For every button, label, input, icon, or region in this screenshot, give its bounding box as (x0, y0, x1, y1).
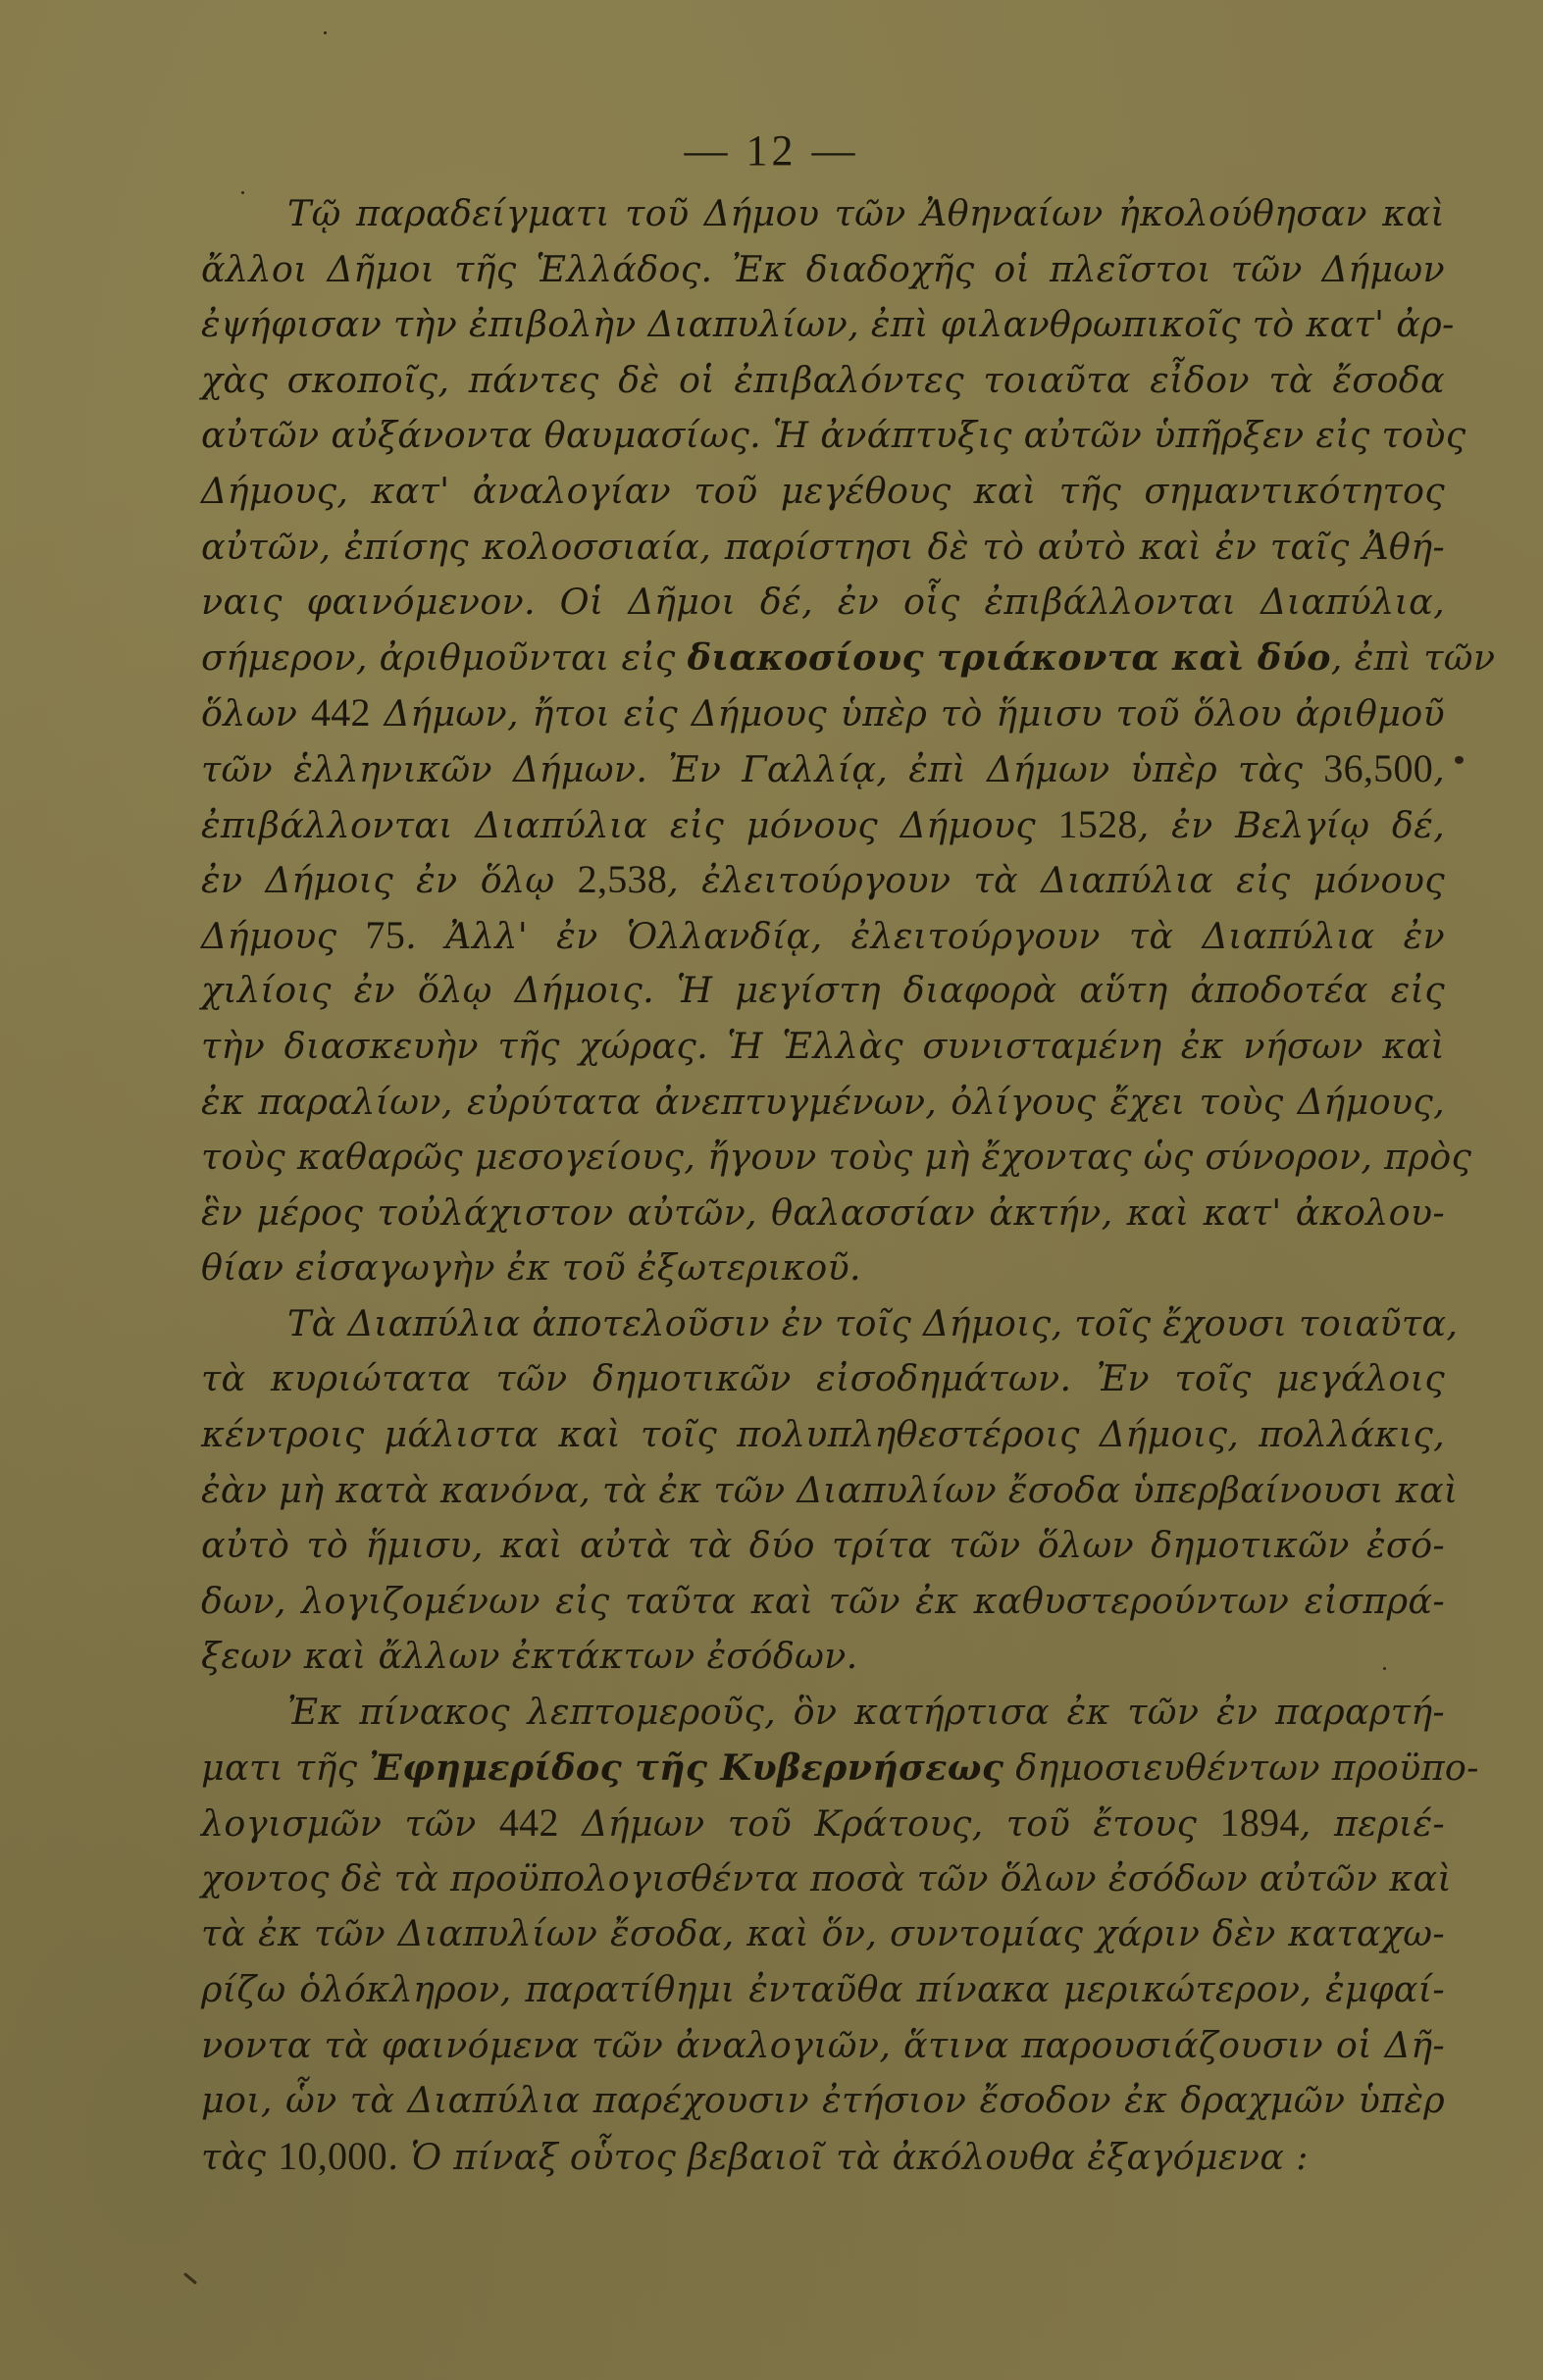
text-run: τὴν διασκευὴν τῆς χώρας. Ἡ Ἑλλὰς συνιστα… (201, 1025, 1445, 1067)
text-line: τὰ ἐκ τῶν Διαπυλίων ἔσοδα, καὶ ὅν, συντο… (201, 1906, 1445, 1962)
bold-phrase: διακοσίους τριάκοντα καὶ δύο (688, 636, 1331, 679)
text-run: ματι τῆς (201, 1747, 369, 1789)
text-line: Δήμους 75. Ἀλλ' ἐν Ὁλλανδίᾳ, ἐλειτούργου… (201, 908, 1445, 964)
text-line: χὰς σκοποῖς, πάντες δὲ οἱ ἐπιβαλόντες το… (201, 353, 1445, 409)
text-line: ματι τῆς Ἐφημερίδος τῆς Κυβερνήσεως δημο… (201, 1741, 1445, 1797)
text-run: σήμερον, ἀριθμοῦνται εἰς (201, 636, 688, 679)
text-line: σήμερον, ἀριθμοῦνται εἰς διακοσίους τριά… (201, 631, 1445, 686)
text-run: Δήμων τοῦ Κράτους, τοῦ ἔτους (559, 1802, 1220, 1845)
text-run: Τῷ παραδείγματι τοῦ Δήμου τῶν Ἀθηναίων ἠ… (287, 192, 1445, 234)
text-run: αὐτὸ τὸ ἥμισυ, καὶ αὐτὰ τὰ δύο τρίτα τῶν… (201, 1524, 1445, 1566)
text-run: Δήμους, κατ' ἀναλογίαν τοῦ μεγέθους καὶ … (201, 470, 1445, 512)
text-line: τὰ κυριώτατα τῶν δημοτικῶν εἰσοδημάτων. … (201, 1351, 1445, 1407)
text-line: Δήμους, κατ' ἀναλογίαν τοῦ μεγέθους καὶ … (201, 464, 1445, 520)
text-line: τὴν διασκευὴν τῆς χώρας. Ἡ Ἑλλὰς συνιστα… (201, 1019, 1445, 1075)
text-run: , ἐν Βελγίῳ δέ, (1138, 804, 1445, 846)
text-line: Τὰ Διαπύλια ἀποτελοῦσιν ἐν τοῖς Δήμοις, … (201, 1296, 1445, 1352)
text-run: μοι, ὧν τὰ Διαπύλια παρέχουσιν ἐτήσιον ἔ… (201, 2079, 1445, 2121)
text-run: ἐκ παραλίων, εὐρύτατα ἀνεπτυγμένων, ὀλίγ… (201, 1081, 1445, 1123)
text-line: θίαν εἰσαγωγὴν ἐκ τοῦ ἐξωτερικοῦ. (201, 1241, 1445, 1296)
numeral: 1894 (1220, 1800, 1300, 1845)
numeral: 442 (311, 690, 371, 734)
text-run: νοντα τὰ φαινόμενα τῶν ἀναλογιῶν, ἅτινα … (201, 2024, 1445, 2066)
text-line: ἐὰν μὴ κατὰ κανόνα, τὰ ἐκ τῶν Διαπυλίων … (201, 1463, 1445, 1519)
text-run: ναις φαινόμενον. Οἱ Δῆμοι δέ, ἐν οἷς ἐπι… (201, 581, 1445, 623)
text-run: χοντος δὲ τὰ προϋπολογισθέντα ποσὰ τῶν ὅ… (201, 1857, 1452, 1899)
text-run: τῶν ἑλληνικῶν Δήμων. Ἐν Γαλλίᾳ, ἐπὶ Δήμω… (201, 748, 1323, 790)
text-line: αὐτῶν, ἐπίσης κολοσσιαία, παρίστησι δὲ τ… (201, 520, 1445, 576)
body-text: Τῷ παραδείγματι τοῦ Δήμου τῶν Ἀθηναίων ἠ… (201, 186, 1445, 2184)
text-run: Δήμων, ἤτοι εἰς Δήμους ὑπὲρ τὸ ἥμισυ τοῦ… (371, 692, 1445, 734)
numeral: 75 (366, 913, 406, 957)
text-run: , (1433, 748, 1445, 790)
paper-speck (324, 31, 327, 34)
text-line: ναις φαινόμενον. Οἱ Δῆμοι δέ, ἐν οἷς ἐπι… (201, 575, 1445, 631)
text-run: ξεων καὶ ἄλλων ἐκτάκτων ἐσόδων. (201, 1635, 858, 1677)
text-run: . Ὁ πίναξ οὗτος βεβαιοῖ τὰ ἀκόλουθα ἐξαγ… (387, 2136, 1309, 2178)
text-run: ἐὰν μὴ κατὰ κανόνα, τὰ ἐκ τῶν Διαπυλίων … (201, 1469, 1459, 1511)
text-run: αὐτῶν, ἐπίσης κολοσσιαία, παρίστησι δὲ τ… (201, 526, 1445, 568)
text-run: ὅλων (201, 692, 311, 734)
text-run: τὰς (201, 2136, 278, 2178)
text-line: ρίζω ὁλόκληρον, παρατίθημι ἐνταῦθα πίνακ… (201, 1962, 1445, 2018)
text-run: ἄλλοι Δῆμοι τῆς Ἑλλάδος. Ἐκ διαδοχῆς οἱ … (201, 248, 1445, 290)
text-run: ρίζω ὁλόκληρον, παρατίθημι ἐνταῦθα πίνακ… (201, 1968, 1445, 2010)
text-run: τὰ ἐκ τῶν Διαπυλίων ἔσοδα, καὶ ὅν, συντο… (201, 1912, 1445, 1954)
text-run: λογισμῶν τῶν (201, 1802, 499, 1845)
numeral: 2,538 (578, 857, 668, 901)
text-line: ἐπιβάλλονται Διαπύλια εἰς μόνους Δήμους … (201, 797, 1445, 853)
text-line: δων, λογιζομένων εἰς ταῦτα καὶ τῶν ἐκ κα… (201, 1574, 1445, 1630)
text-run: , ἐπὶ τῶν (1331, 636, 1496, 679)
text-run: ἐπιβάλλονται Διαπύλια εἰς μόνους Δήμους (201, 804, 1058, 846)
text-line: τοὺς καθαρῶς μεσογείους, ἤγουν τοὺς μὴ ἔ… (201, 1130, 1445, 1186)
text-line: μοι, ὧν τὰ Διαπύλια παρέχουσιν ἐτήσιον ἔ… (201, 2073, 1445, 2129)
scanned-page: — 12 — Τῷ παραδείγματι τοῦ Δήμου τῶν Ἀθη… (0, 0, 1543, 2380)
ink-blot-mark (1455, 756, 1464, 764)
text-run: Τὰ Διαπύλια ἀποτελοῦσιν ἐν τοῖς Δήμοις, … (287, 1302, 1458, 1344)
text-line: ἓν μέρος τοὐλάχιστον αὐτῶν, θαλασσίαν ἀκ… (201, 1186, 1445, 1241)
text-line: ὅλων 442 Δήμων, ἤτοι εἰς Δήμους ὑπὲρ τὸ … (201, 685, 1445, 741)
text-line: Ἐκ πίνακος λεπτομεροῦς, ὃν κατήρτισα ἐκ … (201, 1685, 1445, 1741)
paper-speck (241, 191, 244, 194)
text-line: αὐτῶν αὐξάνοντα θαυμασίως. Ἡ ἀνάπτυξις α… (201, 408, 1445, 464)
text-run: ἐν Δήμοις ἐν ὅλῳ (201, 859, 578, 901)
text-line: ἄλλοι Δῆμοι τῆς Ἑλλάδος. Ἐκ διαδοχῆς οἱ … (201, 242, 1445, 298)
numeral: 36,500 (1323, 746, 1433, 790)
text-line: ἐψήφισαν τὴν ἐπιβολὴν Διαπυλίων, ἐπὶ φιλ… (201, 297, 1445, 353)
text-line: λογισμῶν τῶν 442 Δήμων τοῦ Κράτους, τοῦ … (201, 1796, 1445, 1851)
numeral: 1528 (1058, 802, 1138, 846)
text-line: ξεων καὶ ἄλλων ἐκτάκτων ἐσόδων. (201, 1629, 1445, 1685)
text-line: νοντα τὰ φαινόμενα τῶν ἀναλογιῶν, ἅτινα … (201, 2018, 1445, 2074)
text-run: κέντροις μάλιστα καὶ τοῖς πολυπληθεστέρο… (201, 1413, 1445, 1455)
numeral: 442 (499, 1800, 559, 1845)
text-run: ἐψήφισαν τὴν ἐπιβολὴν Διαπυλίων, ἐπὶ φιλ… (201, 303, 1455, 345)
paper-speck (1383, 1667, 1386, 1670)
text-run: Ἐκ πίνακος λεπτομεροῦς, ὃν κατήρτισα ἐκ … (287, 1691, 1445, 1733)
text-run: δημοσιευθέντων προϋπο- (1003, 1747, 1478, 1789)
text-run: τοὺς καθαρῶς μεσογείους, ἤγουν τοὺς μὴ ἔ… (201, 1136, 1471, 1178)
text-line: αὐτὸ τὸ ἥμισυ, καὶ αὐτὰ τὰ δύο τρίτα τῶν… (201, 1518, 1445, 1574)
text-line: χιλίοις ἐν ὅλῳ Δήμοις. Ἡ μεγίστη διαφορὰ… (201, 963, 1445, 1019)
page-number: — 12 — (0, 126, 1543, 176)
text-line: Τῷ παραδείγματι τοῦ Δήμου τῶν Ἀθηναίων ἠ… (201, 186, 1445, 242)
text-run: Δήμους (201, 915, 366, 957)
text-run: αὐτῶν αὐξάνοντα θαυμασίως. Ἡ ἀνάπτυξις α… (201, 414, 1466, 456)
bold-phrase: Ἐφημερίδος τῆς Κυβερνήσεως (369, 1747, 1003, 1789)
text-line: τῶν ἑλληνικῶν Δήμων. Ἐν Γαλλίᾳ, ἐπὶ Δήμω… (201, 741, 1445, 797)
text-run: τὰ κυριώτατα τῶν δημοτικῶν εἰσοδημάτων. … (201, 1357, 1445, 1399)
text-line: ἐκ παραλίων, εὐρύτατα ἀνεπτυγμένων, ὀλίγ… (201, 1075, 1445, 1131)
text-run: ἓν μέρος τοὐλάχιστον αὐτῶν, θαλασσίαν ἀκ… (201, 1191, 1445, 1234)
text-line: χοντος δὲ τὰ προϋπολογισθέντα ποσὰ τῶν ὅ… (201, 1851, 1445, 1907)
text-line: τὰς 10,000. Ὁ πίναξ οὗτος βεβαιοῖ τὰ ἀκό… (201, 2129, 1445, 2185)
paper-scratch-mark (183, 2272, 197, 2285)
text-run: θίαν εἰσαγωγὴν ἐκ τοῦ ἐξωτερικοῦ. (201, 1246, 861, 1289)
text-run: χὰς σκοποῖς, πάντες δὲ οἱ ἐπιβαλόντες το… (201, 359, 1445, 401)
text-run: , περιέ- (1300, 1802, 1445, 1845)
text-run: δων, λογιζομένων εἰς ταῦτα καὶ τῶν ἐκ κα… (201, 1580, 1445, 1622)
text-run: χιλίοις ἐν ὅλῳ Δήμοις. Ἡ μεγίστη διαφορὰ… (201, 969, 1445, 1011)
numeral: 10,000 (278, 2134, 387, 2178)
text-run: , ἐλειτούργουν τὰ Διαπύλια εἰς μόνους (667, 859, 1445, 901)
text-line: κέντροις μάλιστα καὶ τοῖς πολυπληθεστέρο… (201, 1407, 1445, 1463)
text-run: . Ἀλλ' ἐν Ὁλλανδίᾳ, ἐλειτούργουν τὰ Διαπ… (405, 915, 1445, 957)
text-line: ἐν Δήμοις ἐν ὅλῳ 2,538, ἐλειτούργουν τὰ … (201, 852, 1445, 908)
